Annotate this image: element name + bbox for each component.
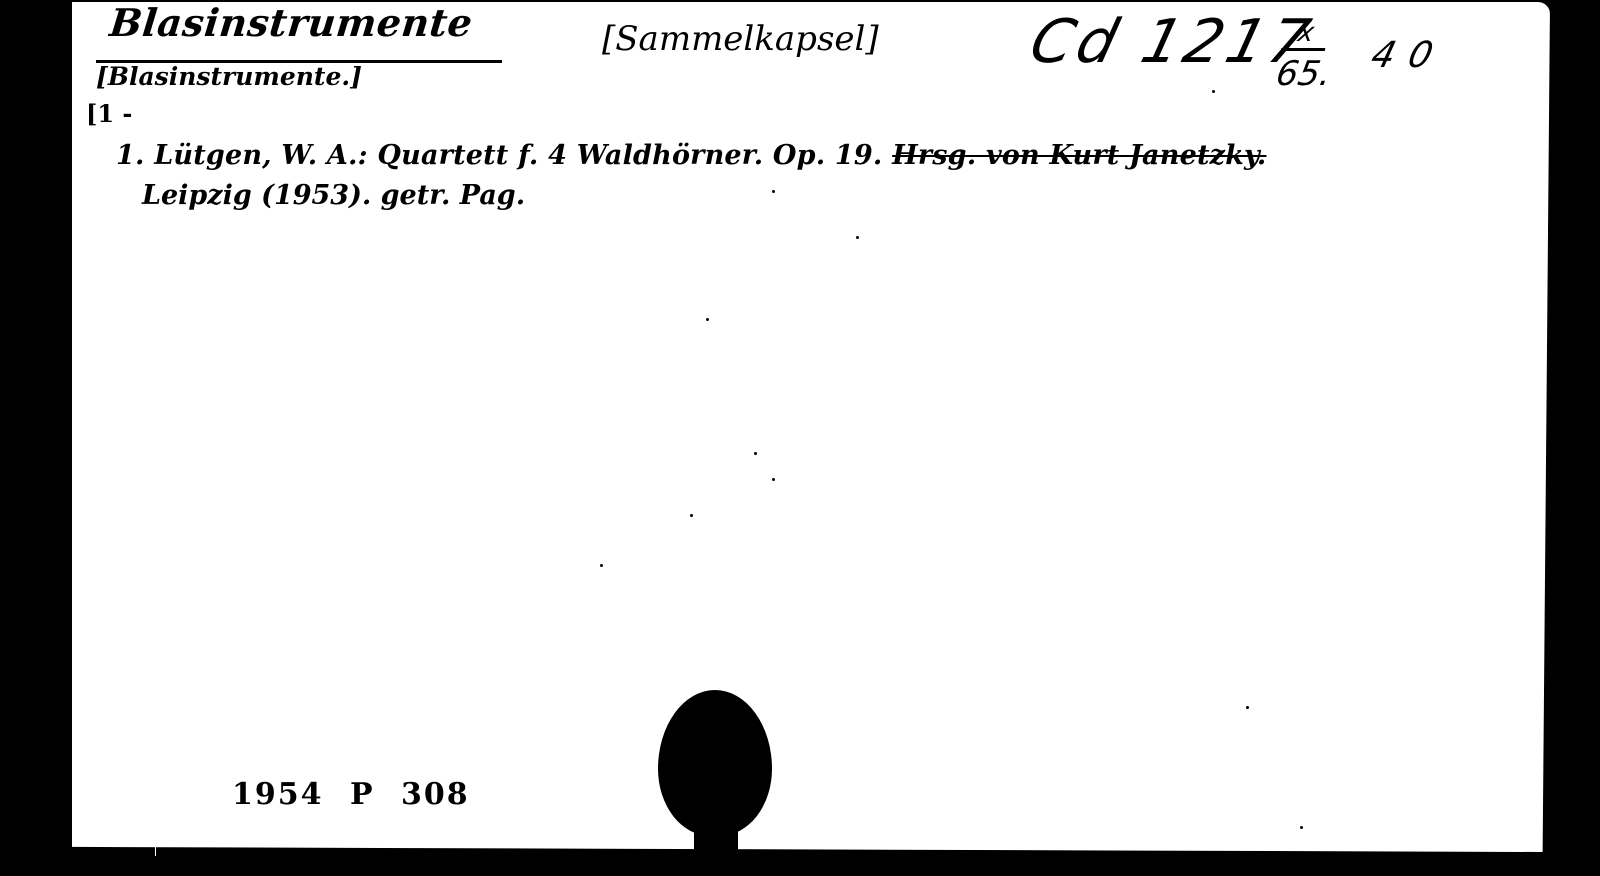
ink-speck	[1212, 90, 1215, 93]
ink-speck	[772, 478, 775, 481]
ink-speck	[1300, 826, 1303, 829]
fraction-bar	[1281, 48, 1326, 51]
ink-speck	[1246, 706, 1249, 709]
punch-hole-slot	[694, 812, 738, 876]
shelfmark-fraction-numerator: x	[1282, 20, 1331, 46]
scan-artifact	[155, 836, 156, 856]
entry-1-line-1: 1. Lütgen, W. A.: Quartett f. 4 Waldhörn…	[116, 142, 1266, 169]
entry-1-line-2: Leipzig (1953). getr. Pag.	[142, 182, 525, 209]
entry-range-marker: [1 -	[86, 102, 132, 126]
entry-main-text: Lütgen, W. A.: Quartett f. 4 Waldhörner.…	[154, 140, 882, 171]
shelfmark-call-number: Cd 1217	[1025, 12, 1320, 72]
ink-speck	[754, 452, 757, 455]
subject-heading: Blasinstrumente	[108, 4, 474, 42]
subject-heading-bracketed: [Blasinstrumente.]	[96, 64, 362, 89]
ink-speck	[690, 514, 693, 517]
accession-number: 1954 P 308	[232, 780, 470, 810]
catalog-card: Blasinstrumente [Blasinstrumente.] [1 - …	[72, 2, 1550, 852]
ink-speck	[856, 236, 859, 239]
entry-struck-text: Hrsg. von Kurt Janetzky.	[892, 140, 1266, 171]
ink-speck	[706, 318, 709, 321]
shelfmark-fraction-denominator: 65.	[1274, 57, 1324, 91]
ink-speck	[772, 190, 775, 193]
collection-label: [Sammelkapsel]	[602, 22, 879, 56]
ink-speck	[600, 564, 603, 567]
entry-number: 1.	[116, 140, 145, 171]
shelfmark-count: 40	[1368, 38, 1451, 74]
